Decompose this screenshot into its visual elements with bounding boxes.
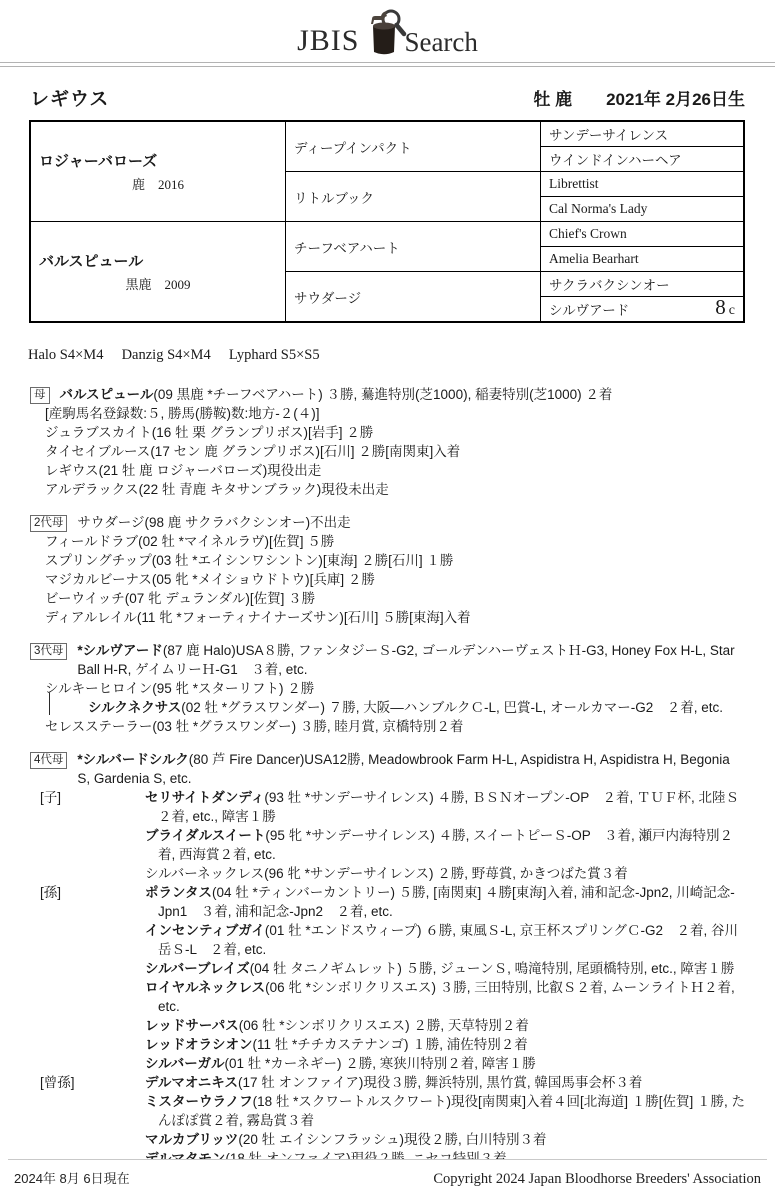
race-record: (09 黒鹿 *チーフベアハート) ３勝, 驀進特別(芝1000), 稲妻特別(…	[153, 387, 612, 402]
race-record: (04 牡 *ティンバーカントリー) ５勝, [南関東] ４勝[東海]入着, 浦…	[158, 885, 735, 919]
relation-label	[30, 959, 145, 978]
pedigree-line: アルデラックス(22 牡 青鹿 キタサンブラック)現役未出走	[45, 480, 745, 499]
horse-name: シルバーネックレス	[145, 866, 264, 881]
pedigree-line: マジカルビーナス(05 牝 *メイショウドトウ)[兵庫] ２勝	[45, 570, 745, 589]
horse-name: ブライダルスイート	[145, 828, 265, 843]
relation-label	[30, 1130, 145, 1149]
dam-cell: バルスピュール 黒鹿 2009	[30, 222, 286, 323]
header-divider	[0, 62, 775, 67]
race-record: (03 牡 *エイシンワシントン)[東海] ２勝[石川] １勝	[152, 553, 454, 568]
ancestor-cell: Cal Norma's Lady	[541, 197, 745, 222]
pedigree-line: フィールドラブ(02 牡 *マイネルラヴ)[佐賀] ５勝	[45, 532, 745, 551]
pedigree-line: スプリングチップ(03 牡 *エイシンワシントン)[東海] ２勝[石川] １勝	[45, 551, 745, 570]
page-title-horse-name: レギウス	[30, 84, 109, 111]
sire-sire-cell: ディープインパクト	[286, 121, 541, 172]
horse-name: インセンティブガイ	[145, 923, 265, 938]
race-record: (17 牡 オンファイア)現役３勝, 舞浜特別, 黒竹賞, 韓国馬事会杯３着	[238, 1075, 642, 1090]
race-record: (02 牡 *グラスワンダー) ７勝, 大阪―ハンブルクＣ-L, 巴賞-L, オ…	[181, 700, 723, 715]
generation-label: 4代母	[30, 752, 67, 769]
footer-divider	[8, 1159, 767, 1160]
generation-label: 3代母	[30, 643, 67, 660]
section-header: 2代母サウダージ(98 鹿 サクラバクシンオー)不出走	[30, 513, 745, 532]
pedigree-line: インセンティブガイ(01 牡 *エンドスウィープ) ６勝, 東風Ｓ-L, 京王杯…	[145, 921, 745, 959]
ancestor-name: シルヴアード	[549, 299, 629, 319]
ancestor-cell: サクラバクシンオー	[541, 272, 745, 297]
dam-coat-year: 黒鹿 2009	[39, 274, 277, 293]
horse-name: セリサイトダンディ	[145, 790, 264, 805]
descendant-row: ミスターウラノフ(18 牡 *スクワートルスクワート)現役[南関東]入着４回[北…	[30, 1092, 745, 1130]
horse-name: アルデラックス	[45, 482, 139, 497]
race-record: (96 牝 *サンデーサイレンス) ２勝, 野苺賞, かきつばた賞３着	[264, 866, 628, 881]
descendant-row: マルカブリッツ(20 牡 エイシンフラッシュ)現役２勝, 白川特別３着	[30, 1130, 745, 1149]
horse-name: ディアルレイル	[45, 610, 137, 625]
race-record: (87 鹿 Halo)USA８勝, ファンタジーＳ-G2, ゴールデンハーヴェス…	[77, 643, 734, 677]
descendant-row: シルバーブレイズ(04 牡 タニノギムレット) ５勝, ジューンＳ, 鳴滝特別,…	[30, 959, 745, 978]
pedigree-line: ジュラブスカイト(16 牡 栗 グランプリボス)[岩手] ２勝	[45, 423, 745, 442]
race-record: (11 牡 *チチカステナンゴ) １勝, 浦佐特別２着	[252, 1037, 527, 1052]
pedigree-line: ミスターウラノフ(18 牡 *スクワートルスクワート)現役[南関東]入着４回[北…	[145, 1092, 745, 1130]
descendant-row: シルバーネックレス(96 牝 *サンデーサイレンス) ２勝, 野苺賞, かきつば…	[30, 864, 745, 883]
descendant-row: [曾孫]デルマオニキス(17 牡 オンファイア)現役３勝, 舞浜特別, 黒竹賞,…	[30, 1073, 745, 1092]
produce-note: [産駒馬名登録数:５, 勝馬(勝鞍)数:地方-２(４)]	[45, 404, 745, 423]
horse-name: ポランタス	[145, 885, 212, 900]
generation-label: 2代母	[30, 515, 67, 532]
ancestor-cell: ウインドインハーヘア	[541, 147, 745, 172]
horse-name: バルスピュール	[60, 387, 154, 402]
horse-name: タイセイブルース	[45, 444, 150, 459]
race-record: (20 牡 エイシンフラッシュ)現役２勝, 白川特別３着	[238, 1132, 546, 1147]
descendant-row: ブライダルスイート(95 牝 *サンデーサイレンス) ４勝, スイートピーＳ-O…	[30, 826, 745, 864]
section-head-text: サウダージ(98 鹿 サクラバクシンオー)不出走	[77, 513, 745, 532]
horse-name: フィールドラブ	[45, 534, 138, 549]
dam-dam-cell: サウダージ	[286, 272, 541, 323]
relation-label	[30, 1092, 145, 1130]
pedigree-line: レッドサーパス(06 牡 *シンボリクリスエス) ２勝, 天草特別２着	[145, 1016, 745, 1035]
relation-label	[30, 826, 145, 864]
race-record: (22 牡 青鹿 キタサンブラック)現役未出走	[139, 482, 389, 497]
race-record: (98 鹿 サクラバクシンオー)不出走	[145, 515, 351, 530]
copyright-text: Copyright 2024 Japan Bloodhorse Breeders…	[433, 1171, 761, 1188]
pedigree-line: シルバーブレイズ(04 牡 タニノギムレット) ５勝, ジューンＳ, 鳴滝特別,…	[145, 959, 745, 978]
horse-name: レギウス	[45, 463, 99, 478]
sire-cell: ロジャーバローズ 鹿 2016	[30, 121, 286, 222]
pedigree-line: ブライダルスイート(95 牝 *サンデーサイレンス) ４勝, スイートピーＳ-O…	[145, 826, 745, 864]
as-of-date: 2024年 8月 6日現在	[14, 1168, 130, 1187]
pedigree-table: ロジャーバローズ 鹿 2016 ディープインパクト サンデーサイレンス ウインド…	[29, 120, 745, 323]
horse-name: ロイヤルネックレス	[145, 980, 265, 995]
logo-text-search: Search	[404, 29, 477, 56]
mare-section: 母バルスピュール(09 黒鹿 *チーフベアハート) ３勝, 驀進特別(芝1000…	[30, 385, 745, 499]
pedigree-line: セリサイトダンディ(93 牡 *サンデーサイレンス) ４勝, ＢＳＮオープン-O…	[145, 788, 745, 826]
horse-name: シルバーブレイズ	[145, 961, 250, 976]
relation-label: [子]	[30, 788, 145, 826]
sex-coat-birthdate: 牡 鹿 2021年 2月26日生	[533, 85, 745, 110]
descendant-row: シルバーガル(01 牡 *カーネギー) ２勝, 寒狭川特別２着, 障害１勝	[30, 1054, 745, 1073]
horse-name: ビーウイッチ	[45, 591, 125, 606]
magnifier-barrel-horse-icon	[361, 8, 407, 56]
mare-section: 3代母*シルヴアード(87 鹿 Halo)USA８勝, ファンタジーＳ-G2, …	[30, 641, 745, 736]
horse-name: マルカブリッツ	[145, 1132, 238, 1147]
relation-label	[30, 978, 145, 1016]
horse-name: スプリングチップ	[45, 553, 152, 568]
ancestor-cell: Librettist	[541, 172, 745, 197]
mare-section: 2代母サウダージ(98 鹿 サクラバクシンオー)不出走フィールドラブ(02 牡 …	[30, 513, 745, 627]
section-header: 母バルスピュール(09 黒鹿 *チーフベアハート) ３勝, 驀進特別(芝1000…	[30, 385, 745, 404]
sire-name: ロジャーバローズ	[39, 150, 277, 171]
descendant-row: [孫]ポランタス(04 牡 *ティンバーカントリー) ５勝, [南関東] ４勝[…	[30, 883, 745, 921]
pedigree-line: ロイヤルネックレス(06 牝 *シンボリクリスエス) ３勝, 三田特別, 比叡Ｓ…	[145, 978, 745, 1016]
pedigree-line: ビーウイッチ(07 牝 デュランダル)[佐賀] ３勝	[45, 589, 745, 608]
pedigree-line: ディアルレイル(11 牝 *フォーティナイナーズサン)[石川] ５勝[東海]入着	[45, 608, 745, 627]
pedigree-line: シルクネクサス(02 牡 *グラスワンダー) ７勝, 大阪―ハンブルクＣ-L, …	[45, 698, 745, 717]
pedigree-line: マルカブリッツ(20 牡 エイシンフラッシュ)現役２勝, 白川特別３着	[145, 1130, 745, 1149]
horse-name: シルキーヒロイン	[45, 681, 152, 696]
relation-label	[30, 1016, 145, 1035]
page-footer: 2024年 8月 6日現在 Copyright 2024 Japan Blood…	[0, 1159, 775, 1200]
race-record: (01 牡 *カーネギー) ２勝, 寒狭川特別２着, 障害１勝	[224, 1056, 535, 1071]
race-record: (17 セン 鹿 グランプリボス)[石川] ２勝[南関東]入着	[150, 444, 460, 459]
race-record: (05 牝 *メイショウドトウ)[兵庫] ２勝	[152, 572, 375, 587]
horse-name: ジュラブスカイト	[45, 425, 152, 440]
race-record: (95 牝 *スターリフト) ２勝	[152, 681, 314, 696]
generation-label: 母	[30, 387, 50, 404]
race-record: (11 牝 *フォーティナイナーズサン)[石川] ５勝[東海]入着	[137, 610, 471, 625]
dam-name: バルスピュール	[39, 250, 277, 271]
mare-sections: 母バルスピュール(09 黒鹿 *チーフベアハート) ３勝, 驀進特別(芝1000…	[30, 385, 745, 1168]
ancestor-cell: Amelia Bearhart	[541, 247, 745, 272]
race-record: (16 牡 栗 グランプリボス)[岩手] ２勝	[152, 425, 373, 440]
horse-name: *シルヴアード	[77, 643, 163, 658]
horse-name: レッドオラシオン	[145, 1037, 252, 1052]
ancestor-cell: サンデーサイレンス	[541, 121, 745, 147]
descendant-row: レッドサーパス(06 牡 *シンボリクリスエス) ２勝, 天草特別２着	[30, 1016, 745, 1035]
horse-name: レッドサーパス	[145, 1018, 239, 1033]
jbis-logo: JBIS Search	[0, 0, 775, 56]
descendant-row: インセンティブガイ(01 牡 *エンドスウィープ) ６勝, 東風Ｓ-L, 京王杯…	[30, 921, 745, 959]
relation-label: [曾孫]	[30, 1073, 145, 1092]
relation-label	[30, 1054, 145, 1073]
ancestor-cell: Chief's Crown	[541, 222, 745, 247]
horse-name: ミスターウラノフ	[145, 1094, 253, 1109]
pedigree-line: シルバーガル(01 牡 *カーネギー) ２勝, 寒狭川特別２着, 障害１勝	[145, 1054, 745, 1073]
pedigree-line: セレスステーラー(03 牡 *グラスワンダー) ３勝, 睦月賞, 京橋特別２着	[45, 717, 745, 736]
title-bar: レギウス 牡 鹿 2021年 2月26日生	[30, 84, 745, 111]
pedigree-line: シルキーヒロイン(95 牝 *スターリフト) ２勝	[45, 679, 745, 698]
pedigree-line: シルバーネックレス(96 牝 *サンデーサイレンス) ２勝, 野苺賞, かきつば…	[145, 864, 745, 883]
horse-name: シルクネクサス	[88, 700, 181, 715]
race-record: (04 牡 タニノギムレット) ５勝, ジューンＳ, 鳴滝特別, 尾頭橋特別, …	[250, 961, 735, 976]
section-head-text: バルスピュール(09 黒鹿 *チーフベアハート) ３勝, 驀進特別(芝1000)…	[60, 385, 746, 404]
descendant-row: レッドオラシオン(11 牡 *チチカステナンゴ) １勝, 浦佐特別２着	[30, 1035, 745, 1054]
section-head-text: *シルヴアード(87 鹿 Halo)USA８勝, ファンタジーＳ-G2, ゴール…	[77, 641, 745, 679]
pedigree-line: レギウス(21 牡 鹿 ロジャーバローズ)現役出走	[45, 461, 745, 480]
horse-name: セレスステーラー	[45, 719, 152, 734]
race-record: (03 牡 *グラスワンダー) ３勝, 睦月賞, 京橋特別２着	[152, 719, 463, 734]
relation-label	[30, 864, 145, 883]
horse-name: *シルバードシルク	[77, 752, 188, 767]
race-record: (21 牡 鹿 ロジャーバローズ)現役出走	[99, 463, 322, 478]
horse-name: マジカルビーナス	[45, 572, 152, 587]
pedigree-line: デルマオニキス(17 牡 オンファイア)現役３勝, 舞浜特別, 黒竹賞, 韓国馬…	[145, 1073, 745, 1092]
sire-coat-year: 鹿 2016	[39, 174, 277, 193]
section-header: 3代母*シルヴアード(87 鹿 Halo)USA８勝, ファンタジーＳ-G2, …	[30, 641, 745, 679]
dam-sire-cell: チーフベアハート	[286, 222, 541, 272]
sire-dam-cell: リトルブック	[286, 172, 541, 222]
pedigree-line: ポランタス(04 牡 *ティンバーカントリー) ５勝, [南関東] ４勝[東海]…	[145, 883, 745, 921]
inbreeding-line: Halo S4×M4 Danzig S4×M4 Lyphard S5×S5	[28, 343, 745, 364]
pedigree-line: タイセイブルース(17 セン 鹿 グランプリボス)[石川] ２勝[南関東]入着	[45, 442, 745, 461]
descendant-row: ロイヤルネックレス(06 牝 *シンボリクリスエス) ３勝, 三田特別, 比叡Ｓ…	[30, 978, 745, 1016]
relation-label	[30, 1035, 145, 1054]
horse-name: サウダージ	[77, 515, 144, 530]
section-header: 4代母*シルバードシルク(80 芦 Fire Dancer)USA12勝, Me…	[30, 750, 745, 788]
horse-name: シルバーガル	[145, 1056, 224, 1071]
race-record: (07 牝 デュランダル)[佐賀] ３勝	[125, 591, 315, 606]
tree-connector	[49, 693, 50, 715]
race-record: (06 牡 *シンボリクリスエス) ２勝, 天草特別２着	[239, 1018, 529, 1033]
logo-text-jbis: JBIS	[297, 26, 359, 56]
section-head-text: *シルバードシルク(80 芦 Fire Dancer)USA12勝, Meado…	[77, 750, 745, 788]
relation-label: [孫]	[30, 883, 145, 921]
pedigree-line: レッドオラシオン(11 牡 *チチカステナンゴ) １勝, 浦佐特別２着	[145, 1035, 745, 1054]
mare-section: 4代母*シルバードシルク(80 芦 Fire Dancer)USA12勝, Me…	[30, 750, 745, 1168]
ancestor-cell-with-family-number: シルヴアード 8c	[541, 297, 745, 323]
horse-name: デルマオニキス	[145, 1075, 238, 1090]
family-number: 8c	[715, 300, 735, 319]
race-record: (02 牡 *マイネルラヴ)[佐賀] ５勝	[138, 534, 334, 549]
descendant-row: [子]セリサイトダンディ(93 牡 *サンデーサイレンス) ４勝, ＢＳＮオープ…	[30, 788, 745, 826]
relation-label	[30, 921, 145, 959]
